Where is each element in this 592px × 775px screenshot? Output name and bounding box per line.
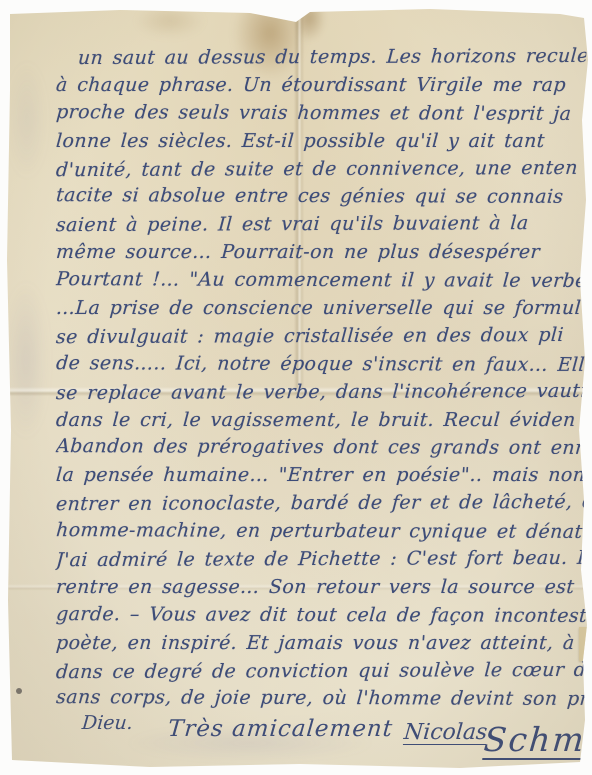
fold-crease-vertical <box>294 8 304 394</box>
letter-closing: Dieu. Très amicalement Nicolas Schman <box>56 710 592 775</box>
letter-line: dans le cri, le vagissement, le bruit. R… <box>55 407 587 435</box>
letter-line: la pensée humaine… "Entrer en poésie".. … <box>55 462 587 490</box>
valediction: Très amicalement <box>167 716 394 742</box>
letter-line: se divulguait : magie cristallisée en de… <box>55 322 587 352</box>
letter-line: sans corps, de joie pure, où l'homme dev… <box>55 685 587 715</box>
letter-line: Abandon des prérogatives dont ces grands… <box>55 434 587 464</box>
letter-body: un saut au dessus du temps. Les horizons… <box>56 44 586 713</box>
letter-line: Pourtant !… "Au commencement il y avait … <box>55 266 587 296</box>
letter-line: se replace avant le verbe, dans l'incohé… <box>55 378 587 408</box>
signature: Schman <box>482 720 592 759</box>
ink-showthrough <box>6 280 46 440</box>
fold-crease-horizontal <box>8 387 588 396</box>
paper-stain <box>292 0 326 42</box>
letter-paper: un saut au dessus du temps. Les horizons… <box>0 0 592 775</box>
ink-showthrough <box>130 726 370 760</box>
letter-line: rentre en sagesse… Son retour vers la so… <box>55 574 587 602</box>
letter-line: d'unité, tant de suite et de connivence,… <box>55 154 587 184</box>
letter-line: entrer en iconoclaste, bardé de fer et d… <box>55 489 587 519</box>
closing-last-word: Dieu. <box>81 712 134 734</box>
letter-line: lonne les siècles. Est-il possible qu'il… <box>55 128 587 156</box>
letter-line: même source… Pourrait-on ne plus désespé… <box>55 239 587 267</box>
ink-showthrough <box>10 60 44 180</box>
letter-line: poète, en inspiré. Et jamais vous n'avez… <box>55 630 587 658</box>
letter-scan: un saut au dessus du temps. Les horizons… <box>0 0 592 775</box>
letter-line: proche des seuls vrais hommes et dont l'… <box>55 99 587 129</box>
letter-line: dans ce degré de conviction qui soulève … <box>55 656 587 686</box>
paper-stain <box>233 0 307 80</box>
signer-first-name: Nicolas <box>403 720 488 745</box>
letter-line: de sens….. Ici, notre époque s'inscrit e… <box>55 350 587 380</box>
tape-fragment <box>579 627 592 661</box>
letter-line: saient à peine. Il est vrai qu'ils buvai… <box>55 210 587 240</box>
letter-line: garde. – Vous avez dit tout cela de faço… <box>55 601 587 631</box>
letter-line: à chaque phrase. Un étourdissant Virgile… <box>55 72 587 100</box>
fold-crease-horizontal <box>8 584 588 590</box>
ink-spot <box>16 688 22 694</box>
letter-line: J'ai admiré le texte de Pichette : C'est… <box>55 545 587 575</box>
letter-line: …La prise de conscience universelle qui … <box>55 295 587 323</box>
paper-stain <box>135 4 205 38</box>
letter-line: homme-machine, en perturbateur cynique e… <box>55 517 587 547</box>
letter-line: tacite si absolue entre ces génies qui s… <box>55 183 587 213</box>
letter-line: un saut au dessus du temps. Les horizons… <box>55 43 587 73</box>
